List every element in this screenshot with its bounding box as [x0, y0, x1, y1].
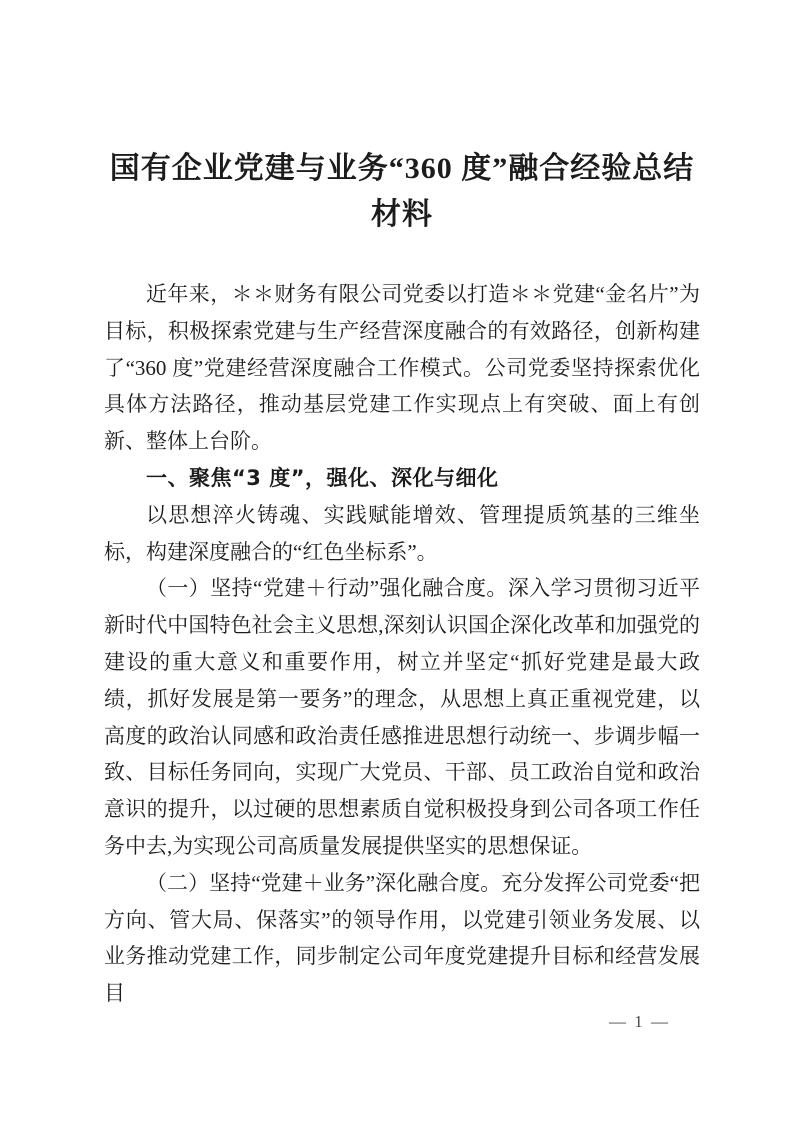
document-title-line1: 国有企业党建与业务“360 度”融合经验总结: [110, 152, 695, 185]
intro-paragraph: 近年来，＊＊财务有限公司党委以打造＊＊党建“金名片”为目标，积极探索党建与生产经…: [104, 276, 700, 460]
section1-item1-paragraph: （一）坚持“党建＋行动”强化融合度。深入学习贯彻习近平新时代中国特色社会主义思想…: [104, 570, 700, 864]
section1-item1-text: 深入学习贯彻习近平新时代中国特色社会主义思想,深刻认识国企深化改革和加强党的建设…: [104, 576, 700, 858]
section1-item2-lead: （二）坚持“党建＋业务”深化融合度。: [146, 871, 501, 895]
document-title: 国有企业党建与业务“360 度”融合经验总结 材料: [104, 146, 700, 238]
document-body: 近年来，＊＊财务有限公司党委以打造＊＊党建“金名片”为目标，积极探索党建与生产经…: [104, 276, 700, 1012]
document-page: 国有企业党建与业务“360 度”融合经验总结 材料 近年来，＊＊财务有限公司党委…: [0, 0, 793, 1122]
section1-heading: 一、聚焦“3 度”，强化、深化与细化: [104, 460, 700, 497]
section1-item2-paragraph: （二）坚持“党建＋业务”深化融合度。充分发挥公司党委“把方向、管大局、保落实”的…: [104, 865, 700, 1012]
section1-lead-paragraph: 以思想淬火铸魂、实践赋能增效、管理提质筑基的三维坐标，构建深度融合的“红色坐标系…: [104, 497, 700, 571]
section1-item1-lead: （一）坚持“党建＋行动”强化融合度。: [146, 576, 508, 600]
document-content: 国有企业党建与业务“360 度”融合经验总结 材料 近年来，＊＊财务有限公司党委…: [104, 146, 700, 1012]
document-title-line2: 材料: [371, 198, 433, 231]
page-number: — 1 —: [609, 1012, 670, 1032]
